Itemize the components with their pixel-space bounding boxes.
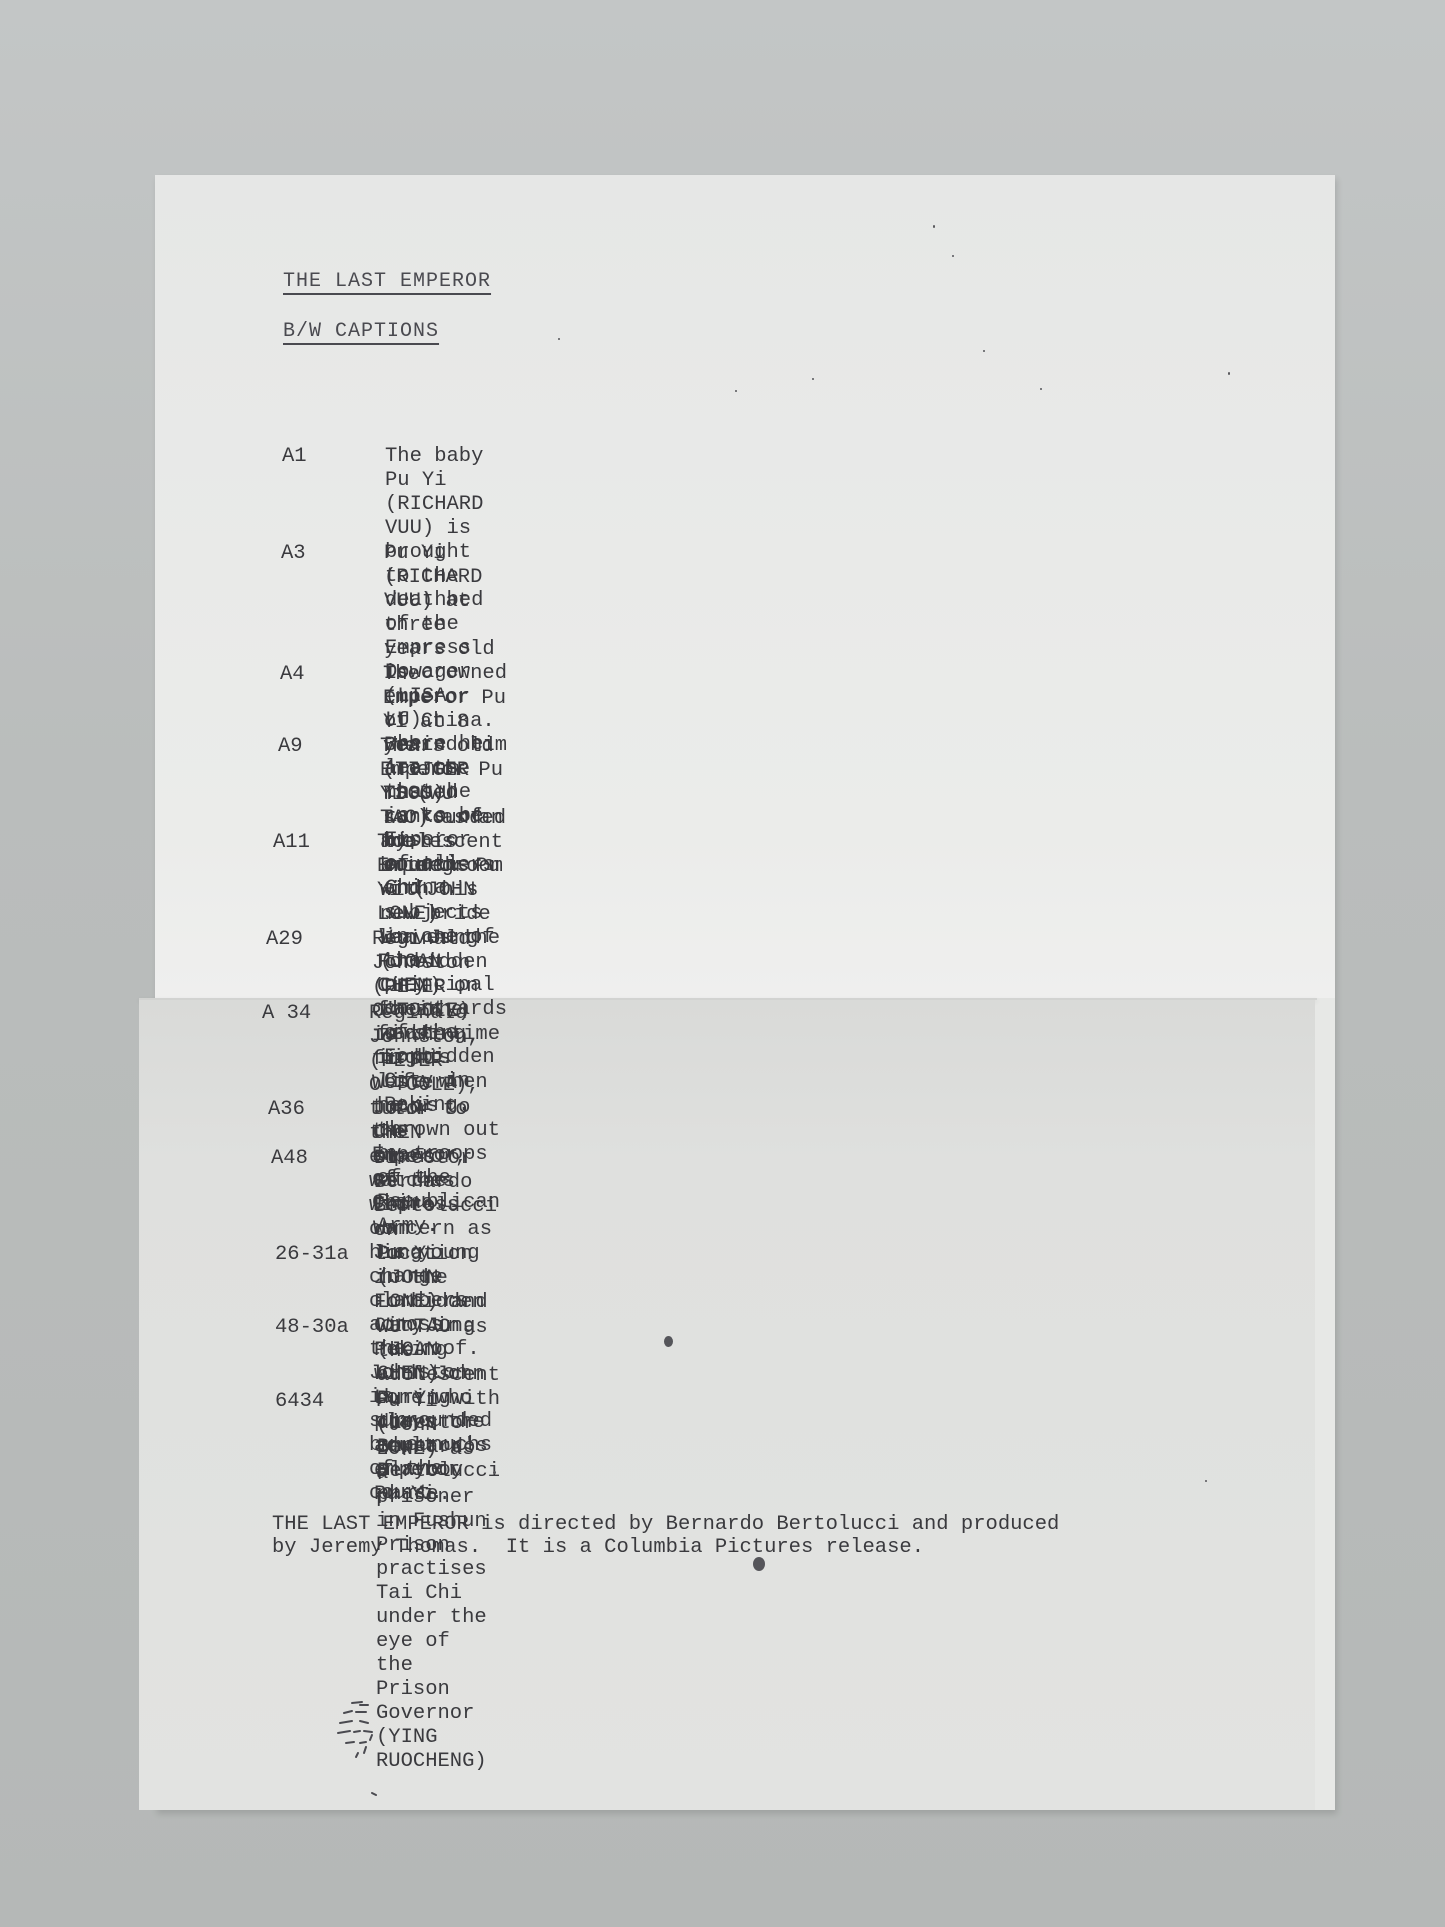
ink-speck: [933, 225, 935, 228]
caption-code: A48: [271, 1147, 308, 1171]
ink-speck: [1205, 1480, 1207, 1482]
document-title: THE LAST EMPEROR: [283, 270, 491, 293]
ink-speck: [735, 390, 737, 392]
caption-code: A11: [273, 831, 310, 855]
document-subtitle: B/W CAPTIONS: [283, 320, 439, 343]
ink-speck: [983, 350, 985, 352]
ink-speck: [493, 1471, 496, 1474]
printed-caption-sheet: [155, 175, 1335, 1810]
ink-speck: [812, 378, 814, 380]
caption-code: A1: [282, 445, 307, 469]
ink-smudge-mark: [330, 1695, 405, 1805]
caption-code: A29: [266, 928, 303, 952]
caption-code: A3: [281, 542, 306, 566]
caption-code: 26-31a: [275, 1243, 349, 1267]
caption-code: A 34: [262, 1002, 311, 1026]
ink-speck: [952, 255, 954, 257]
caption-code: A4: [280, 663, 305, 687]
caption-code: A9: [278, 735, 303, 759]
caption-code: A36: [268, 1098, 305, 1122]
paper-upper-panel: [155, 175, 1335, 998]
caption-code: 48-30a: [275, 1316, 349, 1340]
ink-blot: [753, 1557, 765, 1571]
ink-speck: [558, 338, 560, 340]
ink-blot: [664, 1336, 673, 1347]
ink-speck: [1228, 372, 1230, 375]
release-credit-paragraph: THE LAST EMPEROR is directed by Bernardo…: [272, 1513, 1232, 1559]
ink-speck: [1040, 388, 1042, 390]
caption-code: 6434: [275, 1390, 324, 1414]
